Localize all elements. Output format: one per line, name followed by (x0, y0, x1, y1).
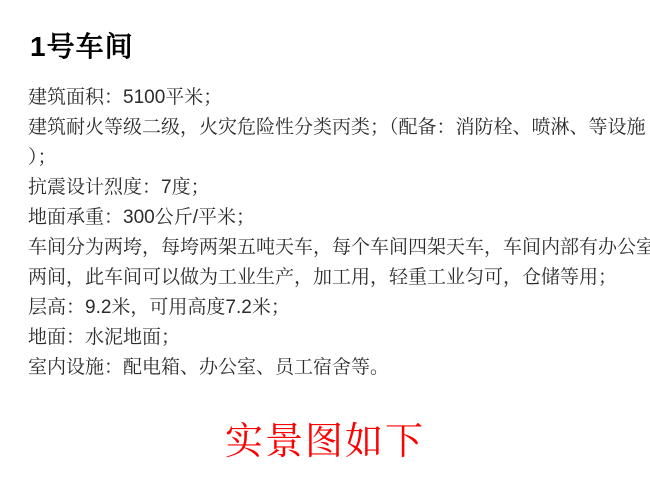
spec-line-crane-bays-2: 两间，此车间可以做为工业生产，加工用，轻重工业匀可，仓储等用； (28, 263, 628, 293)
spec-line-seismic: 抗震设计烈度：7度； (28, 173, 628, 203)
workshop-description-page: 1号车间 建筑面积：5100平米； 建筑耐火等级二级，火灾危险性分类丙类；（配备… (0, 0, 650, 490)
spec-line-fire-rating-2: ）； (28, 143, 628, 173)
spec-line-ceiling-height: 层高：9.2米，可用高度7.2米； (28, 293, 628, 323)
spec-line-floor-load: 地面承重：300公斤/平米； (28, 203, 628, 233)
spec-line-fire-rating: 建筑耐火等级二级，火灾危险性分类丙类；（配备：消防栓、喷淋、等设施 (28, 113, 628, 143)
photos-below-caption: 实景图如下 (0, 421, 650, 463)
spec-line-building-area: 建筑面积：5100平米； (28, 83, 628, 113)
spec-list: 建筑面积：5100平米； 建筑耐火等级二级，火灾危险性分类丙类；（配备：消防栓、… (28, 83, 628, 383)
page-title: 1号车间 (30, 32, 620, 62)
spec-line-crane-bays: 车间分为两垮，每垮两架五吨天车，每个车间四架天车，车间内部有办公室 (28, 233, 628, 263)
spec-line-floor-type: 地面：水泥地面； (28, 323, 628, 353)
spec-line-indoor-facility: 室内设施：配电箱、办公室、员工宿舍等。 (28, 353, 628, 383)
